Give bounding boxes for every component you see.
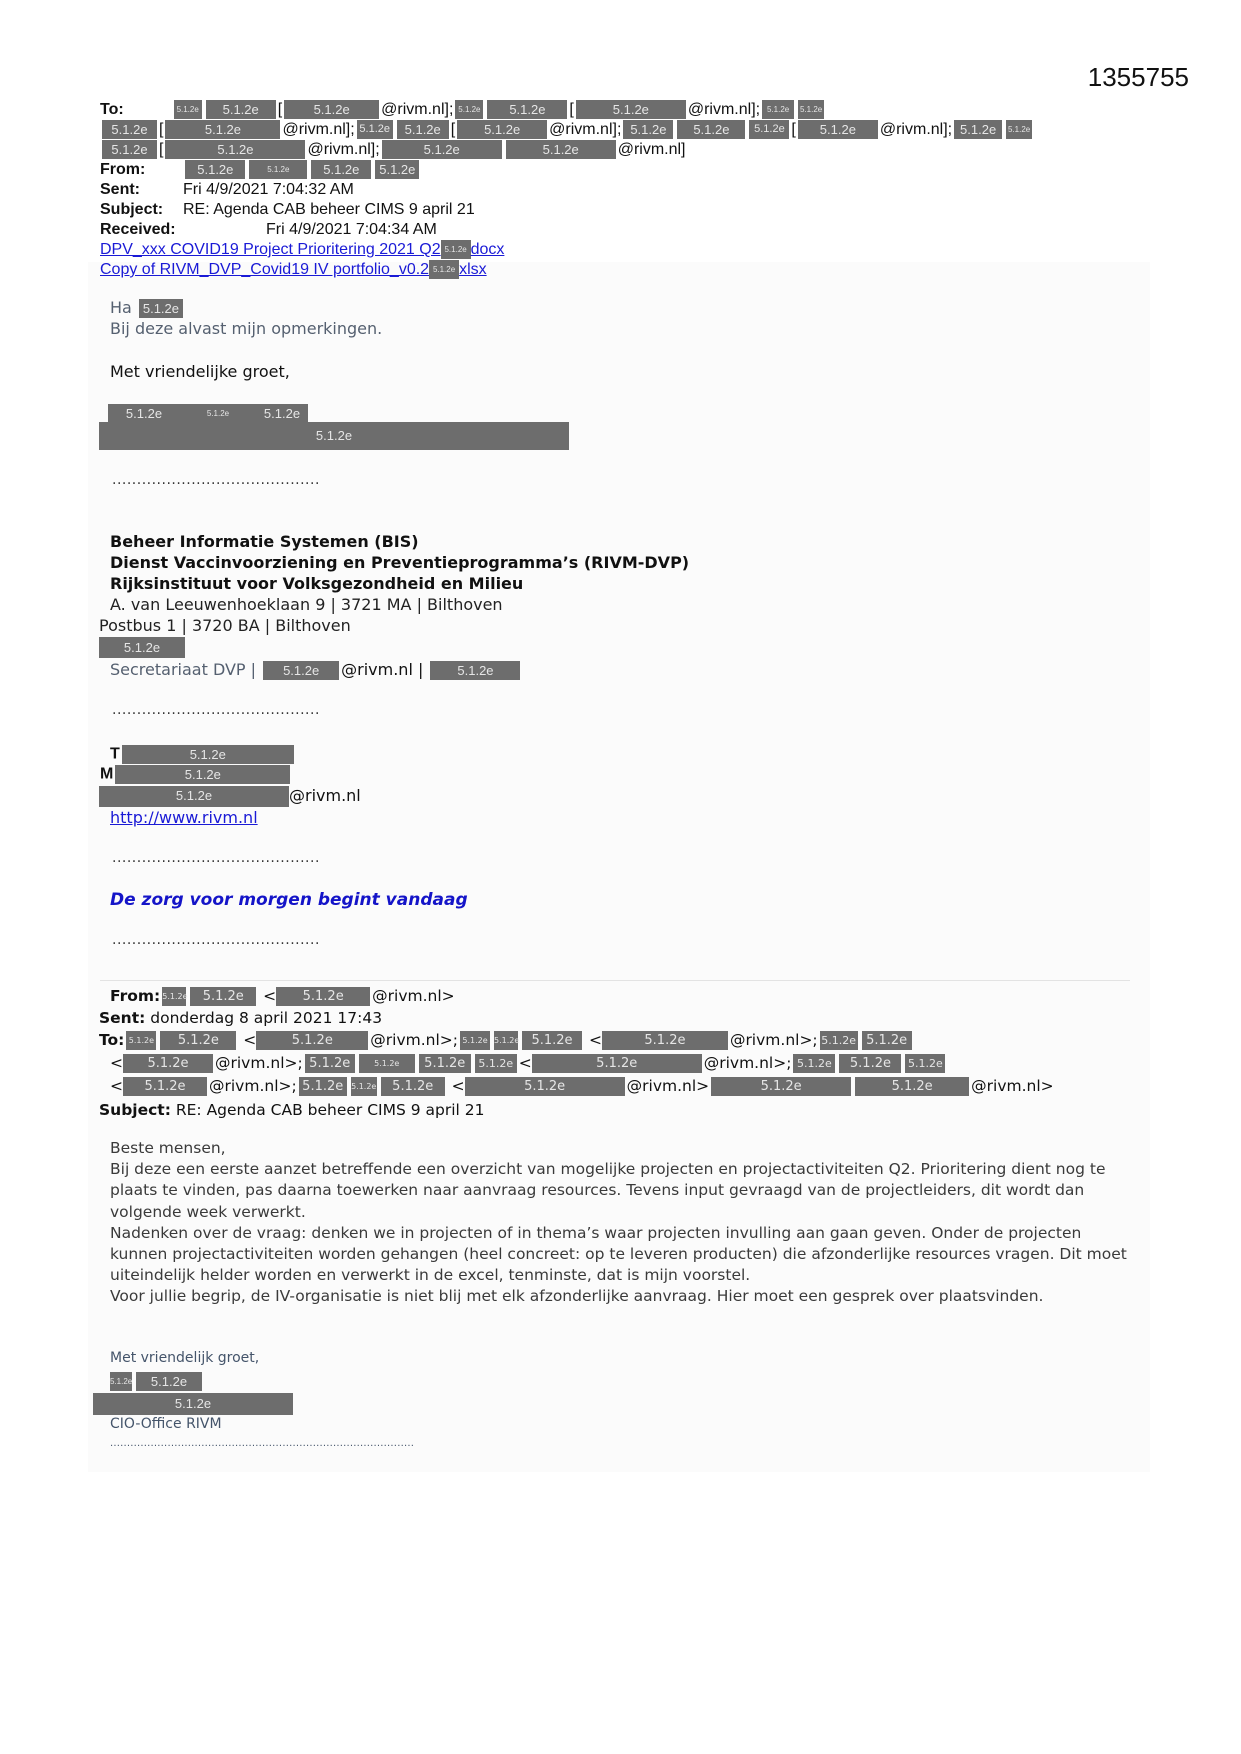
header-from: From:5.1.2e5.1.2e5.1.2e5.1.2e [100,160,421,180]
document-number: 1355755 [1088,62,1189,93]
redaction: 5.1.2e [419,1054,471,1073]
fwd-closing: Met vriendelijk groet, [110,1350,259,1366]
fwd-to-line-3: <5.1.2e@rivm.nl>;5.1.2e5.1.2e5.1.2e <5.1… [110,1076,1054,1096]
fwd-subject: Subject: RE: Agenda CAB beheer CIMS 9 ap… [99,1100,485,1120]
attachment-link[interactable]: DPV_xxx COVID19 Project Prioritering 202… [100,241,441,258]
redaction: 5.1.2e [382,140,502,159]
attachment-1[interactable]: DPV_xxx COVID19 Project Prioritering 202… [100,240,504,260]
dotted-separator: ........................................… [112,850,320,866]
received-value: Fri 4/9/2021 7:04:34 AM [266,221,437,238]
motto: De zorg voor morgen begint vandaag [110,890,468,910]
addr-domain: @rivm.nl>; [209,1077,297,1095]
redaction: 5.1.2e [160,1031,236,1050]
redaction: 5.1.2e [311,160,371,179]
redaction: 5.1.2e [381,1077,445,1096]
fwd-paragraph: Nadenken over de vraag: denken we in pro… [110,1223,1140,1287]
fwd-to-line-1: To:5.1.2e5.1.2e <5.1.2e@rivm.nl>;5.1.2e5… [99,1030,914,1050]
redaction: 5.1.2e [762,100,794,119]
redaction: 5.1.2e [475,1054,517,1073]
redaction: 5.1.2e [602,1031,728,1050]
addr-domain: @rivm.nl>; [215,1054,303,1072]
email-domain: @rivm.nl]; [688,101,760,118]
redaction: 5.1.2e [506,140,616,159]
dotted-separator: ........................................… [110,1438,414,1449]
fwd-paragraph: Voor jullie begrip, de IV-organisatie is… [110,1286,1140,1307]
email-row: 5.1.2e@rivm.nl [99,786,361,807]
redaction: 5.1.2e [494,1031,518,1050]
attachment-ext[interactable]: docx [471,241,505,258]
email-domain: @rivm.nl]; [880,121,952,138]
redaction: 5.1.2e [276,987,370,1006]
redaction: 5.1.2e [430,661,520,680]
redaction: 5.1.2e [460,1031,490,1050]
mobile-label: M [100,766,113,783]
redaction: 5.1.2e [711,1077,851,1096]
redaction: 5.1.2e [487,100,567,119]
header-received: Received:Fri 4/9/2021 7:04:34 AM [100,220,437,240]
email-domain: @rivm.nl]; [282,121,354,138]
divider [100,980,1130,981]
redaction: 5.1.2e [299,1077,347,1096]
fwd-from: From:5.1.2e5.1.2e <5.1.2e@rivm.nl> [110,986,455,1006]
email-domain: @rivm.nl]; [381,101,453,118]
redaction: 5.1.2e [351,1077,377,1096]
fwd-sent-label: Sent: [99,1009,145,1027]
header-subject: Subject:RE: Agenda CAB beheer CIMS 9 apr… [100,200,475,220]
fwd-body: Beste mensen, Bij deze een eerste aanzet… [110,1138,1140,1308]
redaction: 5.1.2e [457,120,547,139]
header-to-line-3: 5.1.2e[5.1.2e@rivm.nl];5.1.2e5.1.2e@rivm… [100,140,686,160]
fwd-from-domain: @rivm.nl> [372,987,455,1005]
fwd-sent-value: donderdag 8 april 2021 17:43 [150,1009,382,1027]
addr-domain: @rivm.nl> [627,1077,710,1095]
org-line-2: Dienst Vaccinvoorziening en Preventiepro… [110,553,689,572]
redaction: 5.1.2e [532,1054,702,1073]
redaction: 5.1.2e [108,404,180,423]
redacted-name-row: 5.1.2e5.1.2e [110,1372,202,1391]
email-domain: @rivm.nl]; [307,141,379,158]
reply-greeting: Ha 5.1.2e [110,298,185,318]
redaction: 5.1.2e [375,160,419,179]
attachment-link[interactable]: Copy of RIVM_DVP_Covid19 IV portfolio_v0… [100,261,429,278]
greeting-text: Ha [110,298,132,317]
redaction: 5.1.2e [798,100,824,119]
secretariat-domain: @rivm.nl | [341,660,423,679]
address-line-1: A. van Leeuwenhoeklaan 9 | 3721 MA | Bil… [110,595,503,614]
dotted-separator: ........................................… [112,472,320,488]
redaction: 5.1.2e [123,1077,207,1096]
header-to-line-1: To:5.1.2e5.1.2e[5.1.2e@rivm.nl];5.1.2e5.… [100,100,826,120]
addr-domain: @rivm.nl>; [704,1054,792,1072]
website-link[interactable]: http://www.rivm.nl [110,808,258,827]
phone-row: T5.1.2e [110,745,296,764]
redaction: 5.1.2e [357,120,393,139]
redaction: 5.1.2e [522,1031,582,1050]
redaction: 5.1.2e [162,987,186,1006]
received-label: Received: [100,220,266,240]
redaction: 5.1.2e [905,1054,945,1073]
header-sent: Sent:Fri 4/9/2021 7:04:32 AM [100,180,354,200]
attachment-ext[interactable]: xlsx [459,261,487,278]
subject-value: RE: Agenda CAB beheer CIMS 9 april 21 [183,201,475,218]
fwd-to-label: To: [99,1031,124,1049]
redaction: 5.1.2e [180,404,256,423]
email-domain: @rivm.nl] [618,141,686,158]
redaction: 5.1.2e [102,120,157,139]
redaction: 5.1.2e [284,100,379,119]
fwd-sent: Sent: donderdag 8 april 2021 17:43 [99,1008,382,1028]
redaction: 5.1.2e [954,120,1002,139]
redaction: 5.1.2e [798,120,878,139]
email-domain: @rivm.nl]; [549,121,621,138]
mobile-row: M5.1.2e [100,765,292,784]
redaction: 5.1.2e [855,1077,969,1096]
redaction: 5.1.2e [749,120,789,139]
redacted-name-row: 5.1.2e5.1.2e5.1.2e [108,404,308,423]
redaction: 5.1.2e [99,637,185,658]
addr-domain: @rivm.nl> [971,1077,1054,1095]
email-domain: @rivm.nl [289,786,361,805]
subject-label: Subject: [100,200,183,220]
redaction: 5.1.2e [623,120,673,139]
secretariat-line: Secretariaat DVP | 5.1.2e@rivm.nl | 5.1.… [110,660,522,680]
org-line-3: Rijksinstituut voor Volksgezondheid en M… [110,574,523,593]
reply-closing: Met vriendelijke groet, [110,362,290,381]
reply-line: Bij deze alvast mijn opmerkingen. [110,319,382,338]
header-to-line-2: 5.1.2e[5.1.2e@rivm.nl];5.1.2e5.1.2e[5.1.… [100,120,1034,140]
fwd-subject-label: Subject: [99,1101,171,1119]
redaction: 5.1.2e [263,661,339,680]
to-label: To: [100,101,124,118]
fwd-paragraph: Bij deze een eerste aanzet betreffende e… [110,1159,1140,1223]
redaction: 5.1.2e [139,299,183,318]
redaction: 5.1.2e [102,140,157,159]
redaction: 5.1.2e [123,1054,213,1073]
redaction: 5.1.2e [174,100,202,119]
fwd-department: CIO-Office RIVM [110,1416,222,1432]
org-line-1: Beheer Informatie Systemen (BIS) [110,532,419,551]
redaction: 5.1.2e [165,120,280,139]
secretariat-label: Secretariaat DVP | [110,660,256,679]
redaction: 5.1.2e [256,1031,368,1050]
fwd-salutation: Beste mensen, [110,1138,1140,1159]
redaction: 5.1.2e [820,1031,858,1050]
sent-label: Sent: [100,180,183,200]
redaction: 5.1.2e [793,1054,835,1073]
redaction: 5.1.2e [359,1054,415,1073]
redaction: 5.1.2e [249,160,307,179]
redaction: 5.1.2e [136,1372,202,1391]
dotted-separator: ........................................… [112,932,320,948]
addr-domain: @rivm.nl>; [370,1031,458,1049]
redaction: 5.1.2e [165,140,305,159]
fwd-subject-value: RE: Agenda CAB beheer CIMS 9 april 21 [176,1101,485,1119]
dotted-separator: ........................................… [112,702,320,718]
redaction: 5.1.2e [862,1031,912,1050]
redaction: 5.1.2e [93,1393,293,1415]
attachment-2[interactable]: Copy of RIVM_DVP_Covid19 IV portfolio_v0… [100,260,487,280]
redaction: 5.1.2e [455,100,483,119]
redaction: 5.1.2e [1006,120,1032,139]
redaction: 5.1.2e [206,100,276,119]
redaction: 5.1.2e [465,1077,625,1096]
redaction: 5.1.2e [110,1372,132,1391]
from-label: From: [100,161,145,178]
redaction: 5.1.2e [126,1031,156,1050]
redaction: 5.1.2e [185,160,245,179]
redaction: 5.1.2e [839,1054,901,1073]
redaction: 5.1.2e [99,422,569,450]
redaction: 5.1.2e [99,786,289,807]
phone-label: T [110,746,120,763]
redaction: 5.1.2e [256,404,308,423]
sent-value: Fri 4/9/2021 7:04:32 AM [183,181,354,198]
redaction: 5.1.2e [122,745,294,764]
addr-domain: @rivm.nl>; [730,1031,818,1049]
fwd-from-label: From: [110,987,160,1005]
redaction: 5.1.2e [429,260,459,279]
fwd-to-line-2: <5.1.2e@rivm.nl>;5.1.2e5.1.2e5.1.2e5.1.2… [110,1053,947,1073]
redaction: 5.1.2e [441,240,471,259]
redaction: 5.1.2e [397,120,449,139]
redaction: 5.1.2e [115,765,290,784]
address-line-2: Postbus 1 | 3720 BA | Bilthoven [99,616,351,635]
redaction: 5.1.2e [576,100,686,119]
redaction: 5.1.2e [190,987,256,1006]
redaction: 5.1.2e [677,120,745,139]
redaction: 5.1.2e [305,1054,355,1073]
